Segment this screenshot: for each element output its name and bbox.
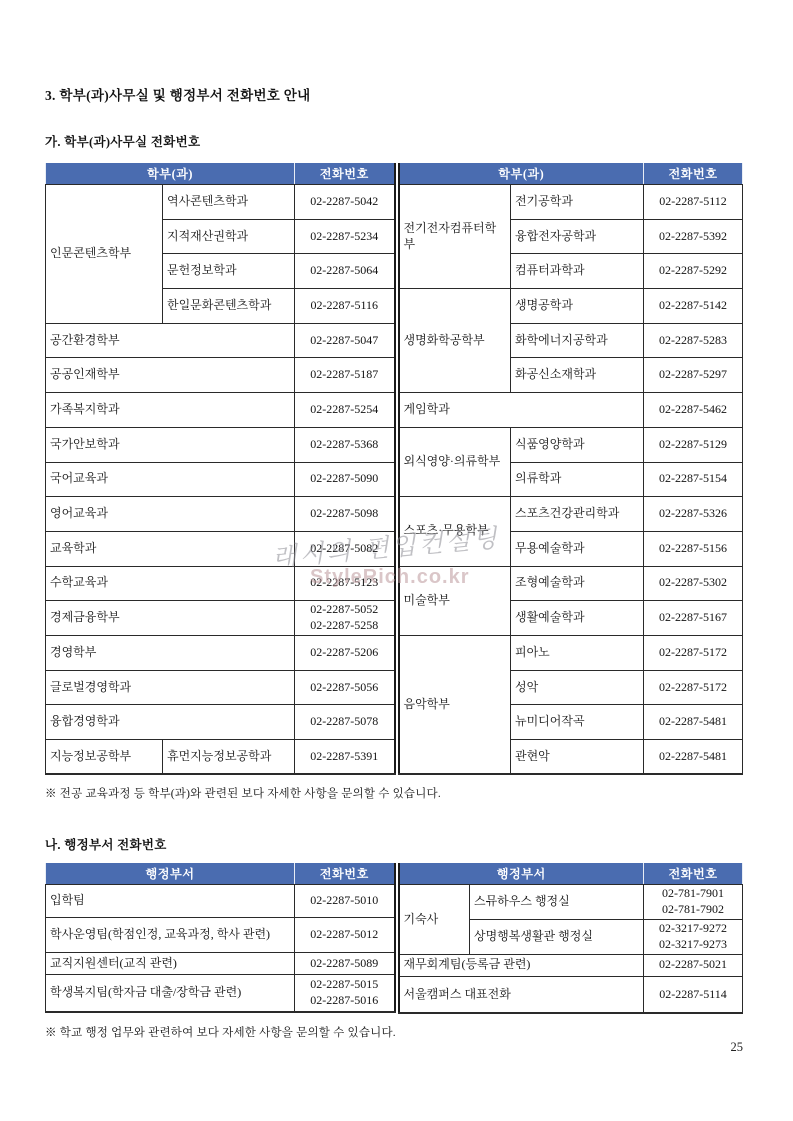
group-cell: 지능정보공학부 <box>46 740 163 775</box>
dept-cell: 국어교육과 <box>46 462 295 497</box>
phone-cell: 02-2287-5391 <box>295 740 395 775</box>
table-row: 경제금융학부02-2287-505202-2287-5258 <box>46 601 395 636</box>
table-row: 입학팀02-2287-5010 <box>46 885 395 918</box>
header-cell: 학부(과) <box>46 163 295 185</box>
dept-table-left-container: 학부(과)전화번호인문콘텐츠학부역사콘텐츠학과02-2287-5042지적재산권… <box>45 163 396 775</box>
table-row: 교직지원센터(교직 관련)02-2287-5089 <box>46 953 395 975</box>
table-row: 재무회계팀(등록금 관련)02-2287-5021 <box>399 954 743 976</box>
table-row: 영어교육과02-2287-5098 <box>46 497 395 532</box>
phone-cell: 02-2287-5047 <box>295 323 395 358</box>
dept-cell: 문헌정보학과 <box>163 254 295 289</box>
table-row: 인문콘텐츠학부역사콘텐츠학과02-2287-5042 <box>46 185 395 220</box>
dept-cell: 뉴미디어작곡 <box>511 705 644 740</box>
phone-cell: 02-2287-5167 <box>644 601 743 636</box>
phone-cell: 02-2287-505202-2287-5258 <box>295 601 395 636</box>
dept-cell: 피아노 <box>511 635 644 670</box>
phone-cell: 02-2287-5012 <box>295 918 395 953</box>
dept-cell: 전기공학과 <box>511 185 644 220</box>
table-row: 교육학과02-2287-5082 <box>46 531 395 566</box>
dept-cell: 학생복지팀(학자금 대출/장학금 관련) <box>46 975 295 1012</box>
section-a-note: ※ 전공 교육과정 등 학부(과)와 관련된 보다 자세한 사항을 문의할 수 … <box>45 787 747 802</box>
dept-cell: 경제금융학부 <box>46 601 295 636</box>
header-cell: 전화번호 <box>644 863 743 885</box>
phone-cell: 02-2287-5098 <box>295 497 395 532</box>
dept-cell: 생활예술학과 <box>511 601 644 636</box>
dept-cell: 영어교육과 <box>46 497 295 532</box>
admin-right-table: 행정부서전화번호기숙사스뮤하우스 행정실02-781-790102-781-79… <box>398 863 744 1014</box>
phone-line: 02-3217-9272 <box>648 921 738 937</box>
table-row: 서울캠퍼스 대표전화02-2287-5114 <box>399 976 743 1013</box>
header-cell: 전화번호 <box>295 863 395 885</box>
table-row: 학사운영팀(학점인정, 교육과정, 학사 관련)02-2287-5012 <box>46 918 395 953</box>
phone-line: 02-781-7902 <box>648 902 738 918</box>
dept-cell: 수학교육과 <box>46 566 295 601</box>
phone-cell: 02-2287-5021 <box>644 954 743 976</box>
phone-cell: 02-2287-5234 <box>295 219 395 254</box>
group-cell: 스포츠·무용학부 <box>399 497 511 566</box>
phone-cell: 02-2287-5283 <box>644 323 743 358</box>
dept-cell: 성악 <box>511 670 644 705</box>
dept-cell: 한일문화콘텐츠학과 <box>163 289 295 324</box>
dept-cell: 교직지원센터(교직 관련) <box>46 953 295 975</box>
header-row: 학부(과)전화번호 <box>46 163 395 185</box>
phone-line: 02-2287-5015 <box>299 977 390 993</box>
phone-line: 02-2287-5052 <box>299 602 390 618</box>
table-row: 국어교육과02-2287-5090 <box>46 462 395 497</box>
dept-cell: 지적재산권학과 <box>163 219 295 254</box>
phone-cell: 02-2287-5292 <box>644 254 743 289</box>
phone-cell: 02-2287-5368 <box>295 427 395 462</box>
table-row: 지능정보공학부휴먼지능정보공학과02-2287-5391 <box>46 740 395 775</box>
phone-cell: 02-2287-5116 <box>295 289 395 324</box>
dept-cell: 입학팀 <box>46 885 295 918</box>
table-row: 수학교육과02-2287-5123 <box>46 566 395 601</box>
table-row: 공간환경학부02-2287-5047 <box>46 323 395 358</box>
phone-cell: 02-2287-5392 <box>644 219 743 254</box>
table-row: 전기전자컴퓨터학부전기공학과02-2287-5112 <box>399 185 743 220</box>
dept-cell: 경영학부 <box>46 635 295 670</box>
admin-left-table: 행정부서전화번호입학팀02-2287-5010학사운영팀(학점인정, 교육과정,… <box>45 863 396 1013</box>
dept-cell: 화공신소재학과 <box>511 358 644 393</box>
phone-cell: 02-2287-501502-2287-5016 <box>295 975 395 1012</box>
admin-table-right-container: 행정부서전화번호기숙사스뮤하우스 행정실02-781-790102-781-79… <box>398 863 744 1014</box>
dept-cell: 조형예술학과 <box>511 566 644 601</box>
phone-cell: 02-2287-5326 <box>644 497 743 532</box>
group-cell: 음악학부 <box>399 635 511 774</box>
table-row: 생명화학공학부생명공학과02-2287-5142 <box>399 289 743 324</box>
admin-table-left-container: 행정부서전화번호입학팀02-2287-5010학사운영팀(학점인정, 교육과정,… <box>45 863 396 1013</box>
phone-cell: 02-2287-5114 <box>644 976 743 1013</box>
group-cell: 외식영양·의류학부 <box>399 427 511 496</box>
header-row: 학부(과)전화번호 <box>399 163 743 185</box>
phone-line: 02-781-7901 <box>648 886 738 902</box>
group-cell: 생명화학공학부 <box>399 289 511 393</box>
phone-line: 02-2287-5016 <box>299 993 390 1009</box>
phone-line: 02-2287-5258 <box>299 618 390 634</box>
dept-cell: 게임학과 <box>399 393 644 428</box>
section-b-note: ※ 학교 행정 업무와 관련하여 보다 자세한 사항을 문의할 수 있습니다. <box>45 1026 747 1041</box>
phone-cell: 02-2287-5187 <box>295 358 395 393</box>
dept-cell: 식품영양학과 <box>511 427 644 462</box>
dept-cell: 휴먼지능정보공학과 <box>163 740 295 775</box>
header-cell: 행정부서 <box>46 863 295 885</box>
table-row: 기숙사스뮤하우스 행정실02-781-790102-781-7902 <box>399 885 743 920</box>
page-number: 25 <box>731 1040 744 1055</box>
phone-cell: 02-2287-5010 <box>295 885 395 918</box>
phone-cell: 02-2287-5082 <box>295 531 395 566</box>
phone-cell: 02-2287-5090 <box>295 462 395 497</box>
header-cell: 행정부서 <box>399 863 644 885</box>
dept-cell: 국가안보학과 <box>46 427 295 462</box>
phone-cell: 02-2287-5056 <box>295 670 395 705</box>
dept-cell: 공간환경학부 <box>46 323 295 358</box>
table-row: 음악학부피아노02-2287-5172 <box>399 635 743 670</box>
table-row: 스포츠·무용학부스포츠건강관리학과02-2287-5326 <box>399 497 743 532</box>
admin-phone-tables: 행정부서전화번호입학팀02-2287-5010학사운영팀(학점인정, 교육과정,… <box>45 863 747 1014</box>
dept-cell: 공공인재학부 <box>46 358 295 393</box>
dept-cell: 화학에너지공학과 <box>511 323 644 358</box>
table-row: 외식영양·의류학부식품영양학과02-2287-5129 <box>399 427 743 462</box>
phone-cell: 02-2287-5481 <box>644 740 743 775</box>
section-b-title: 나. 행정부서 전화번호 <box>45 838 747 853</box>
dept-table-right-container: 학부(과)전화번호전기전자컴퓨터학부전기공학과02-2287-5112융합전자공… <box>398 163 744 775</box>
group-cell: 전기전자컴퓨터학부 <box>399 185 511 289</box>
phone-cell: 02-2287-5481 <box>644 705 743 740</box>
dept-cell: 상명행복생활관 행정실 <box>470 919 644 954</box>
table-row: 융합경영학과02-2287-5078 <box>46 705 395 740</box>
phone-cell: 02-2287-5078 <box>295 705 395 740</box>
table-row: 학생복지팀(학자금 대출/장학금 관련)02-2287-501502-2287-… <box>46 975 395 1012</box>
group-cell: 기숙사 <box>399 885 470 955</box>
table-row: 가족복지학과02-2287-5254 <box>46 393 395 428</box>
dept-cell: 컴퓨터과학과 <box>511 254 644 289</box>
phone-cell: 02-2287-5297 <box>644 358 743 393</box>
dept-phone-tables: 학부(과)전화번호인문콘텐츠학부역사콘텐츠학과02-2287-5042지적재산권… <box>45 163 747 775</box>
page-title: 3. 학부(과)사무실 및 행정부서 전화번호 안내 <box>45 88 747 104</box>
dept-cell: 가족복지학과 <box>46 393 295 428</box>
phone-cell: 02-2287-5172 <box>644 670 743 705</box>
table-row: 국가안보학과02-2287-5368 <box>46 427 395 462</box>
group-cell: 미술학부 <box>399 566 511 635</box>
table-row: 글로벌경영학과02-2287-5056 <box>46 670 395 705</box>
dept-cell: 역사콘텐츠학과 <box>163 185 295 220</box>
phone-cell: 02-2287-5064 <box>295 254 395 289</box>
phone-cell: 02-3217-927202-3217-9273 <box>644 919 743 954</box>
header-cell: 전화번호 <box>644 163 743 185</box>
dept-cell: 융합경영학과 <box>46 705 295 740</box>
table-row: 공공인재학부02-2287-5187 <box>46 358 395 393</box>
table-row: 게임학과02-2287-5462 <box>399 393 743 428</box>
phone-line: 02-3217-9273 <box>648 937 738 953</box>
phone-cell: 02-2287-5154 <box>644 462 743 497</box>
phone-cell: 02-2287-5142 <box>644 289 743 324</box>
dept-cell: 의류학과 <box>511 462 644 497</box>
dept-cell: 생명공학과 <box>511 289 644 324</box>
section-a-title: 가. 학부(과)사무실 전화번호 <box>45 135 747 150</box>
document-page: { "document": { "title": "3. 학부(과)사무실 및 … <box>0 0 793 1121</box>
dept-cell: 서울캠퍼스 대표전화 <box>399 976 644 1013</box>
table-row: 경영학부02-2287-5206 <box>46 635 395 670</box>
phone-cell: 02-2287-5123 <box>295 566 395 601</box>
dept-left-table: 학부(과)전화번호인문콘텐츠학부역사콘텐츠학과02-2287-5042지적재산권… <box>45 163 396 775</box>
dept-cell: 학사운영팀(학점인정, 교육과정, 학사 관련) <box>46 918 295 953</box>
header-row: 행정부서전화번호 <box>399 863 743 885</box>
dept-cell: 교육학과 <box>46 531 295 566</box>
phone-cell: 02-2287-5302 <box>644 566 743 601</box>
group-cell: 인문콘텐츠학부 <box>46 185 163 324</box>
dept-cell: 관현악 <box>511 740 644 775</box>
header-cell: 전화번호 <box>295 163 395 185</box>
header-cell: 학부(과) <box>399 163 644 185</box>
dept-cell: 스뮤하우스 행정실 <box>470 885 644 920</box>
phone-cell: 02-2287-5462 <box>644 393 743 428</box>
header-row: 행정부서전화번호 <box>46 863 395 885</box>
phone-cell: 02-2287-5254 <box>295 393 395 428</box>
dept-right-table: 학부(과)전화번호전기전자컴퓨터학부전기공학과02-2287-5112융합전자공… <box>398 163 744 775</box>
phone-cell: 02-2287-5129 <box>644 427 743 462</box>
dept-cell: 스포츠건강관리학과 <box>511 497 644 532</box>
page-content: 3. 학부(과)사무실 및 행정부서 전화번호 안내 가. 학부(과)사무실 전… <box>45 0 747 1041</box>
phone-cell: 02-2287-5042 <box>295 185 395 220</box>
phone-cell: 02-2287-5206 <box>295 635 395 670</box>
dept-cell: 재무회계팀(등록금 관련) <box>399 954 644 976</box>
table-row: 미술학부조형예술학과02-2287-5302 <box>399 566 743 601</box>
dept-cell: 융합전자공학과 <box>511 219 644 254</box>
phone-cell: 02-2287-5112 <box>644 185 743 220</box>
dept-cell: 글로벌경영학과 <box>46 670 295 705</box>
phone-cell: 02-2287-5156 <box>644 531 743 566</box>
phone-cell: 02-2287-5089 <box>295 953 395 975</box>
phone-cell: 02-2287-5172 <box>644 635 743 670</box>
dept-cell: 무용예술학과 <box>511 531 644 566</box>
phone-cell: 02-781-790102-781-7902 <box>644 885 743 920</box>
